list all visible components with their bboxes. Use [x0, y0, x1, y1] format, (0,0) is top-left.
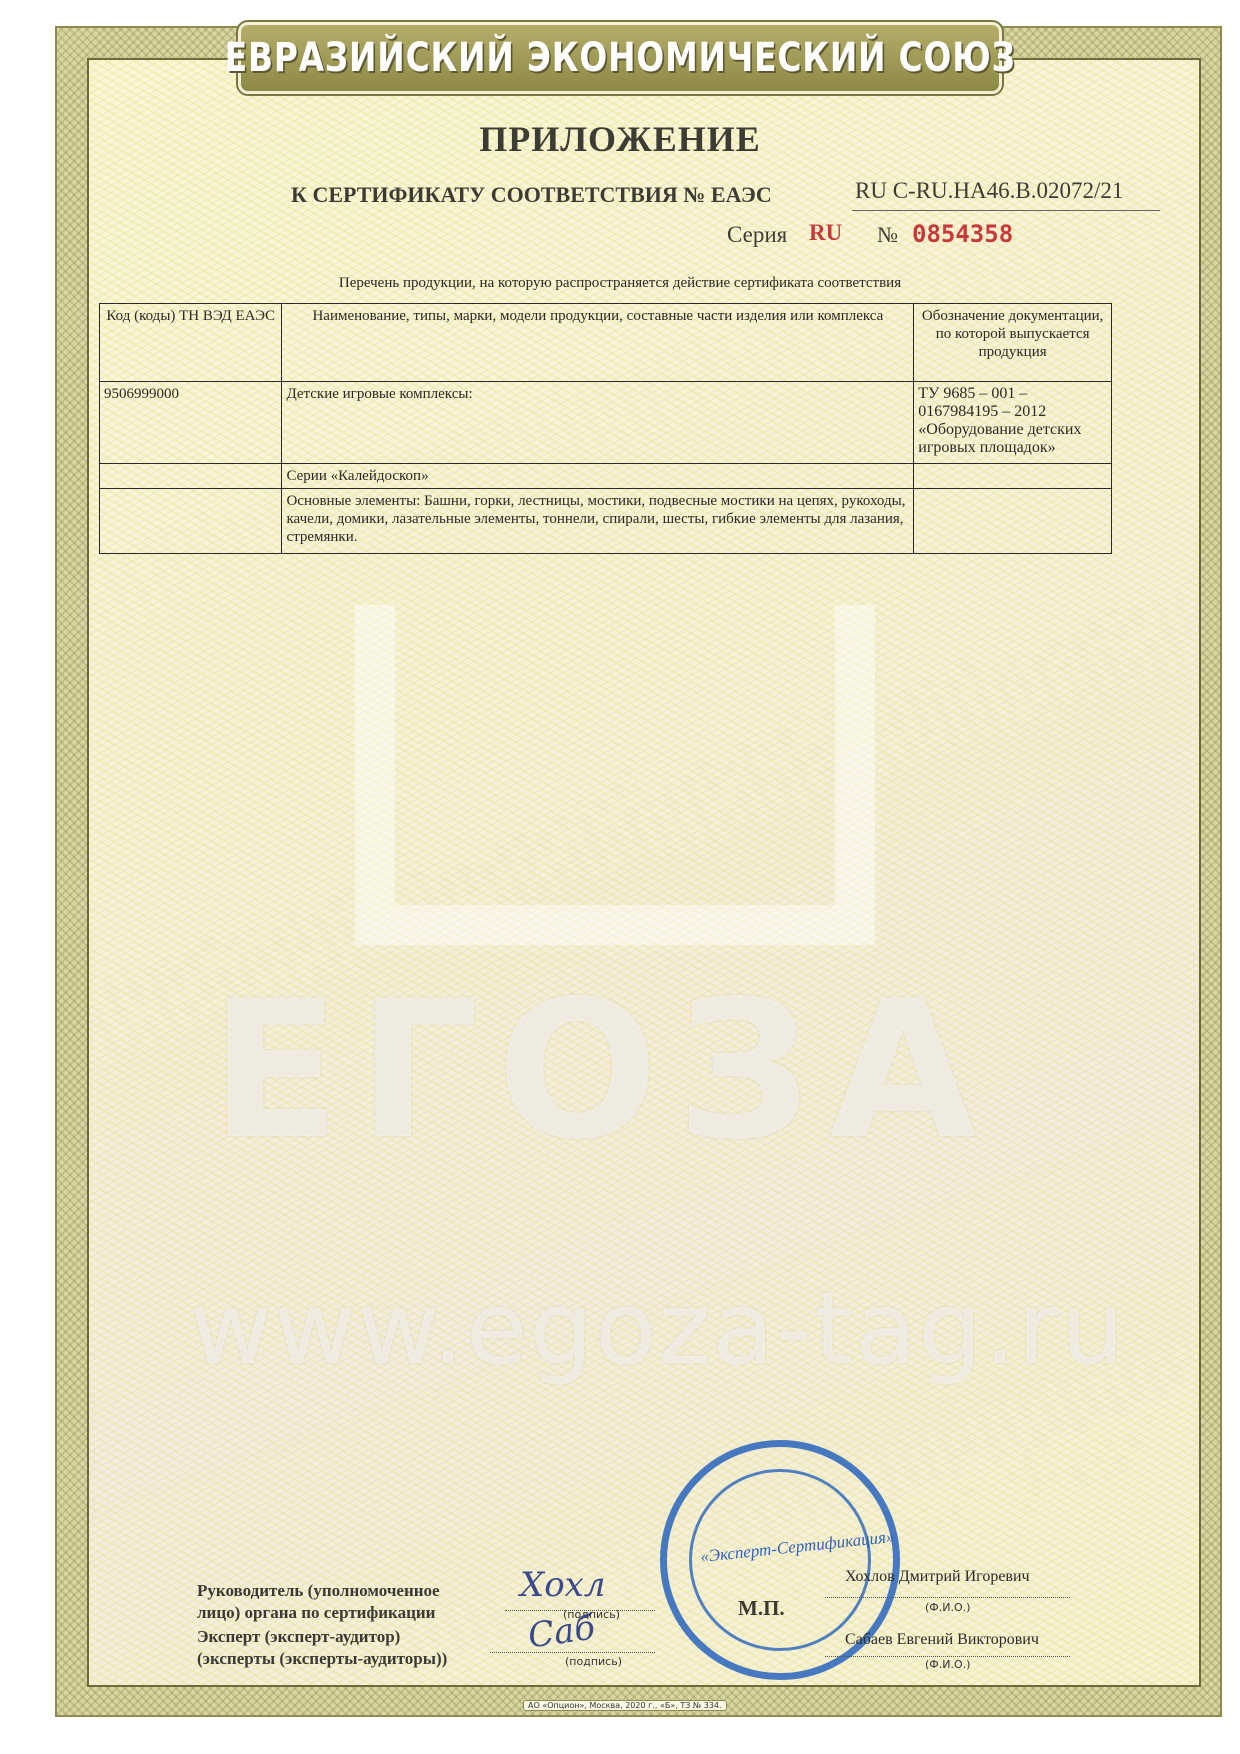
union-banner-text: ЕВРАЗИЙСКИЙ ЭКОНОМИЧЕСКИЙ СОЮЗ — [225, 35, 1016, 81]
head-of-body-label: Руководитель (уполномоченное лицо) орган… — [197, 1580, 440, 1624]
expert-name-line — [825, 1656, 1070, 1657]
table-row: Серии «Калейдоскоп» — [100, 464, 1112, 489]
cell-name: Серии «Калейдоскоп» — [282, 464, 914, 489]
table-row: Основные элементы: Башни, горки, лестниц… — [100, 489, 1112, 554]
expert-label: Эксперт (эксперт-аудитор) (эксперты (экс… — [197, 1626, 447, 1670]
column-header-name: Наименование, типы, марки, модели продук… — [282, 304, 914, 382]
series-label: Серия — [727, 222, 787, 248]
seal-place-label: М.П. — [738, 1596, 785, 1621]
certificate-number-underline — [852, 210, 1160, 211]
cell-doc — [914, 464, 1112, 489]
expert-label-line2: (эксперты (эксперты-аудиторы)) — [197, 1648, 447, 1670]
table-header-row: Код (коды) ТН ВЭД ЕАЭС Наименование, тип… — [100, 304, 1112, 382]
head-full-name: Хохлов Дмитрий Игоревич — [845, 1568, 1030, 1586]
column-header-doc: Обозначение документации, по которой вып… — [914, 304, 1112, 382]
head-fio-caption: (Ф.И.О.) — [925, 1601, 970, 1614]
head-name-line — [825, 1597, 1070, 1598]
cell-doc: ТУ 9685 – 001 – 0167984195 – 2012 «Обору… — [914, 382, 1112, 464]
product-list-caption: Перечень продукции, на которую распростр… — [0, 275, 1240, 292]
cell-code — [100, 489, 282, 554]
expert-fio-caption: (Ф.И.О.) — [925, 1658, 970, 1671]
form-number: 0854358 — [912, 220, 1013, 248]
product-table: Код (коды) ТН ВЭД ЕАЭС Наименование, тип… — [99, 303, 1112, 554]
expert-label-line1: Эксперт (эксперт-аудитор) — [197, 1626, 447, 1648]
cell-name: Основные элементы: Башни, горки, лестниц… — [282, 489, 914, 554]
table-row: 9506999000 Детские игровые комплексы: ТУ… — [100, 382, 1112, 464]
column-header-code: Код (коды) ТН ВЭД ЕАЭС — [100, 304, 282, 382]
printer-imprint: АО «Опцион», Москва, 2020 г., «Б», ТЗ № … — [523, 1700, 727, 1711]
number-label: № — [877, 222, 898, 248]
document-title: ПРИЛОЖЕНИЕ — [0, 118, 1240, 160]
cell-code: 9506999000 — [100, 382, 282, 464]
head-label-line2: лицо) органа по сертификации — [197, 1602, 440, 1624]
union-banner: ЕВРАЗИЙСКИЙ ЭКОНОМИЧЕСКИЙ СОЮЗ — [238, 22, 1002, 94]
certificate-number: RU C-RU.НА46.В.02072/21 — [855, 178, 1123, 204]
certificate-subtitle: К СЕРТИФИКАТУ СООТВЕТСТВИЯ № ЕАЭС — [291, 182, 772, 208]
expert-full-name: Сабаев Евгений Викторович — [845, 1631, 1039, 1649]
head-signature: Хохл — [520, 1565, 606, 1605]
head-label-line1: Руководитель (уполномоченное — [197, 1580, 440, 1602]
expert-signature-line — [490, 1652, 655, 1653]
cell-doc — [914, 489, 1112, 554]
expert-signature-caption: (подпись) — [565, 1655, 622, 1668]
cell-name: Детские игровые комплексы: — [282, 382, 914, 464]
series-value: RU — [809, 220, 842, 246]
cell-code — [100, 464, 282, 489]
watermark-house-logo — [355, 605, 875, 945]
